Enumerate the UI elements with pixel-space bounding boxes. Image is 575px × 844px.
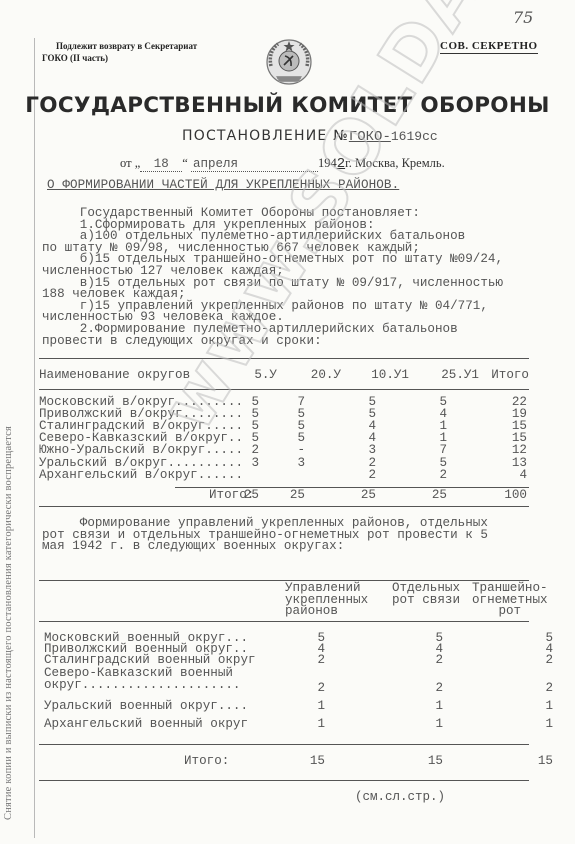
return-note-line2: ГОКО (II часть) [42, 52, 197, 64]
table-header-districts: Наименование округов [39, 368, 190, 382]
table-cell: 2 [537, 655, 553, 667]
total-cell: 15 [419, 756, 443, 768]
table2-total-rule [39, 744, 529, 745]
district-name: Сталинградский военный округ [44, 655, 256, 667]
decree-label: ПОСТАНОВЛЕНИЕ № [182, 128, 349, 144]
table-cell: 2 [427, 683, 443, 695]
table-row: Уральский военный округ....111 [39, 701, 529, 713]
date-line: от „18“ апреля1942г. Москва, Кремль. [120, 156, 445, 172]
table1-top-rule [39, 358, 529, 359]
table-row: Архангельский военный округ111 [39, 719, 529, 731]
continued-note: (см.сл.стр.) [355, 790, 445, 804]
body-line: провести в следующих округах и сроки: [42, 336, 547, 348]
total-cell: 25 [352, 490, 376, 502]
table-cell: 1 [309, 719, 325, 731]
table-header-column: Отдельных рот связи [392, 583, 460, 606]
table-row: Сталинградский военный округ222 [39, 655, 529, 667]
table-header-column: 10.У1 [359, 368, 409, 382]
table-cell: 1 [537, 719, 553, 731]
total-cell: 25 [423, 490, 447, 502]
total-cell: 25 [281, 490, 305, 502]
total-label: Итого: [184, 756, 229, 768]
decree-body: Государственный Комитет Обороны постанов… [42, 208, 547, 347]
table-cell: 1 [309, 701, 325, 713]
table-cell: 4 [511, 470, 527, 482]
return-note: Подлежит возврату в Секретариат ГОКО (II… [42, 40, 197, 64]
date-prefix: от [120, 156, 132, 170]
date-day: 18 [140, 157, 182, 172]
date-year-suffix: 2 [337, 156, 345, 172]
table-cell: 2 [309, 683, 325, 695]
table-cell: 3 [289, 458, 305, 470]
table-cell: 2 [537, 683, 553, 695]
table-cell: 2 [431, 470, 447, 482]
district-name: Архангельский военный округ [44, 719, 248, 731]
table-header-column: 5.У [247, 368, 277, 382]
total-row: Итого:151515 [39, 756, 529, 768]
total-cell: 15 [529, 756, 553, 768]
table2-header-rule [39, 621, 529, 622]
date-month: апреля [191, 157, 318, 172]
table-cell: 2 [360, 470, 376, 482]
units-paragraph: Формирование управлений укрепленных райо… [42, 518, 547, 553]
committee-title: ГОСУДАРСТВЕННЫЙ КОМИТЕТ ОБОРОНЫ [0, 93, 575, 118]
date-year-prefix: 194 [318, 156, 337, 170]
total-cell: 15 [301, 756, 325, 768]
return-note-line1: Подлежит возврату в Секретариат [42, 40, 197, 52]
decree-number: 1619сс [391, 129, 438, 144]
ussr-coat-of-arms-icon [262, 36, 316, 90]
decree-page: Снятие копии и выписки из настоящего пос… [0, 0, 575, 844]
table2-bottom-rule [39, 780, 529, 781]
date-place: г. Москва, Кремль. [345, 156, 445, 170]
total-cell: 100 [503, 490, 527, 502]
side-note: Снятие копии и выписки из настоящего пос… [3, 140, 14, 820]
table1-header-rule [39, 389, 529, 390]
district-name: Уральский военный округ.... [44, 701, 248, 713]
classification-stamp: СОВ. СЕКРЕТНО [440, 40, 538, 54]
table-row: Северо-Кавказский военный округ.........… [39, 668, 529, 691]
total-row: Итого:25252525100 [39, 490, 529, 502]
decree-number-line: ПОСТАНОВЛЕНИЕ №ГОКО-1619сс [182, 128, 438, 145]
table-header-column: 20.У [301, 368, 341, 382]
table-cell: 1 [537, 701, 553, 713]
table-cell: 2 [309, 655, 325, 667]
table-row: Архангельский в/округ......224 [39, 470, 529, 482]
decree-subject: О ФОРМИРОВАНИИ ЧАСТЕЙ ДЛЯ УКРЕПЛЕННЫХ РА… [47, 178, 399, 192]
table1-bottom-rule [39, 506, 529, 507]
table-cell: 1 [427, 701, 443, 713]
paragraph2-line: мая 1942 г. в следующих военных округах: [42, 541, 547, 553]
table-header-column: 25.У1 [429, 368, 479, 382]
table-header-column: Итого [484, 368, 529, 382]
table-header-column: Траншейно- огнеметных рот [472, 583, 548, 618]
margin-line [34, 38, 35, 838]
district-name: Северо-Кавказский военный округ.........… [44, 668, 241, 691]
district-name: Архангельский в/округ...... [39, 470, 243, 482]
table-cell: 1 [427, 719, 443, 731]
table-header-column: Управлений укрепленных районов [285, 583, 368, 618]
table-cell: 2 [427, 655, 443, 667]
total-cell: 25 [235, 490, 259, 502]
decree-number-prefix: ГОКО- [349, 129, 391, 145]
table-cell: 3 [243, 458, 259, 470]
page-number: 75 [513, 8, 533, 27]
